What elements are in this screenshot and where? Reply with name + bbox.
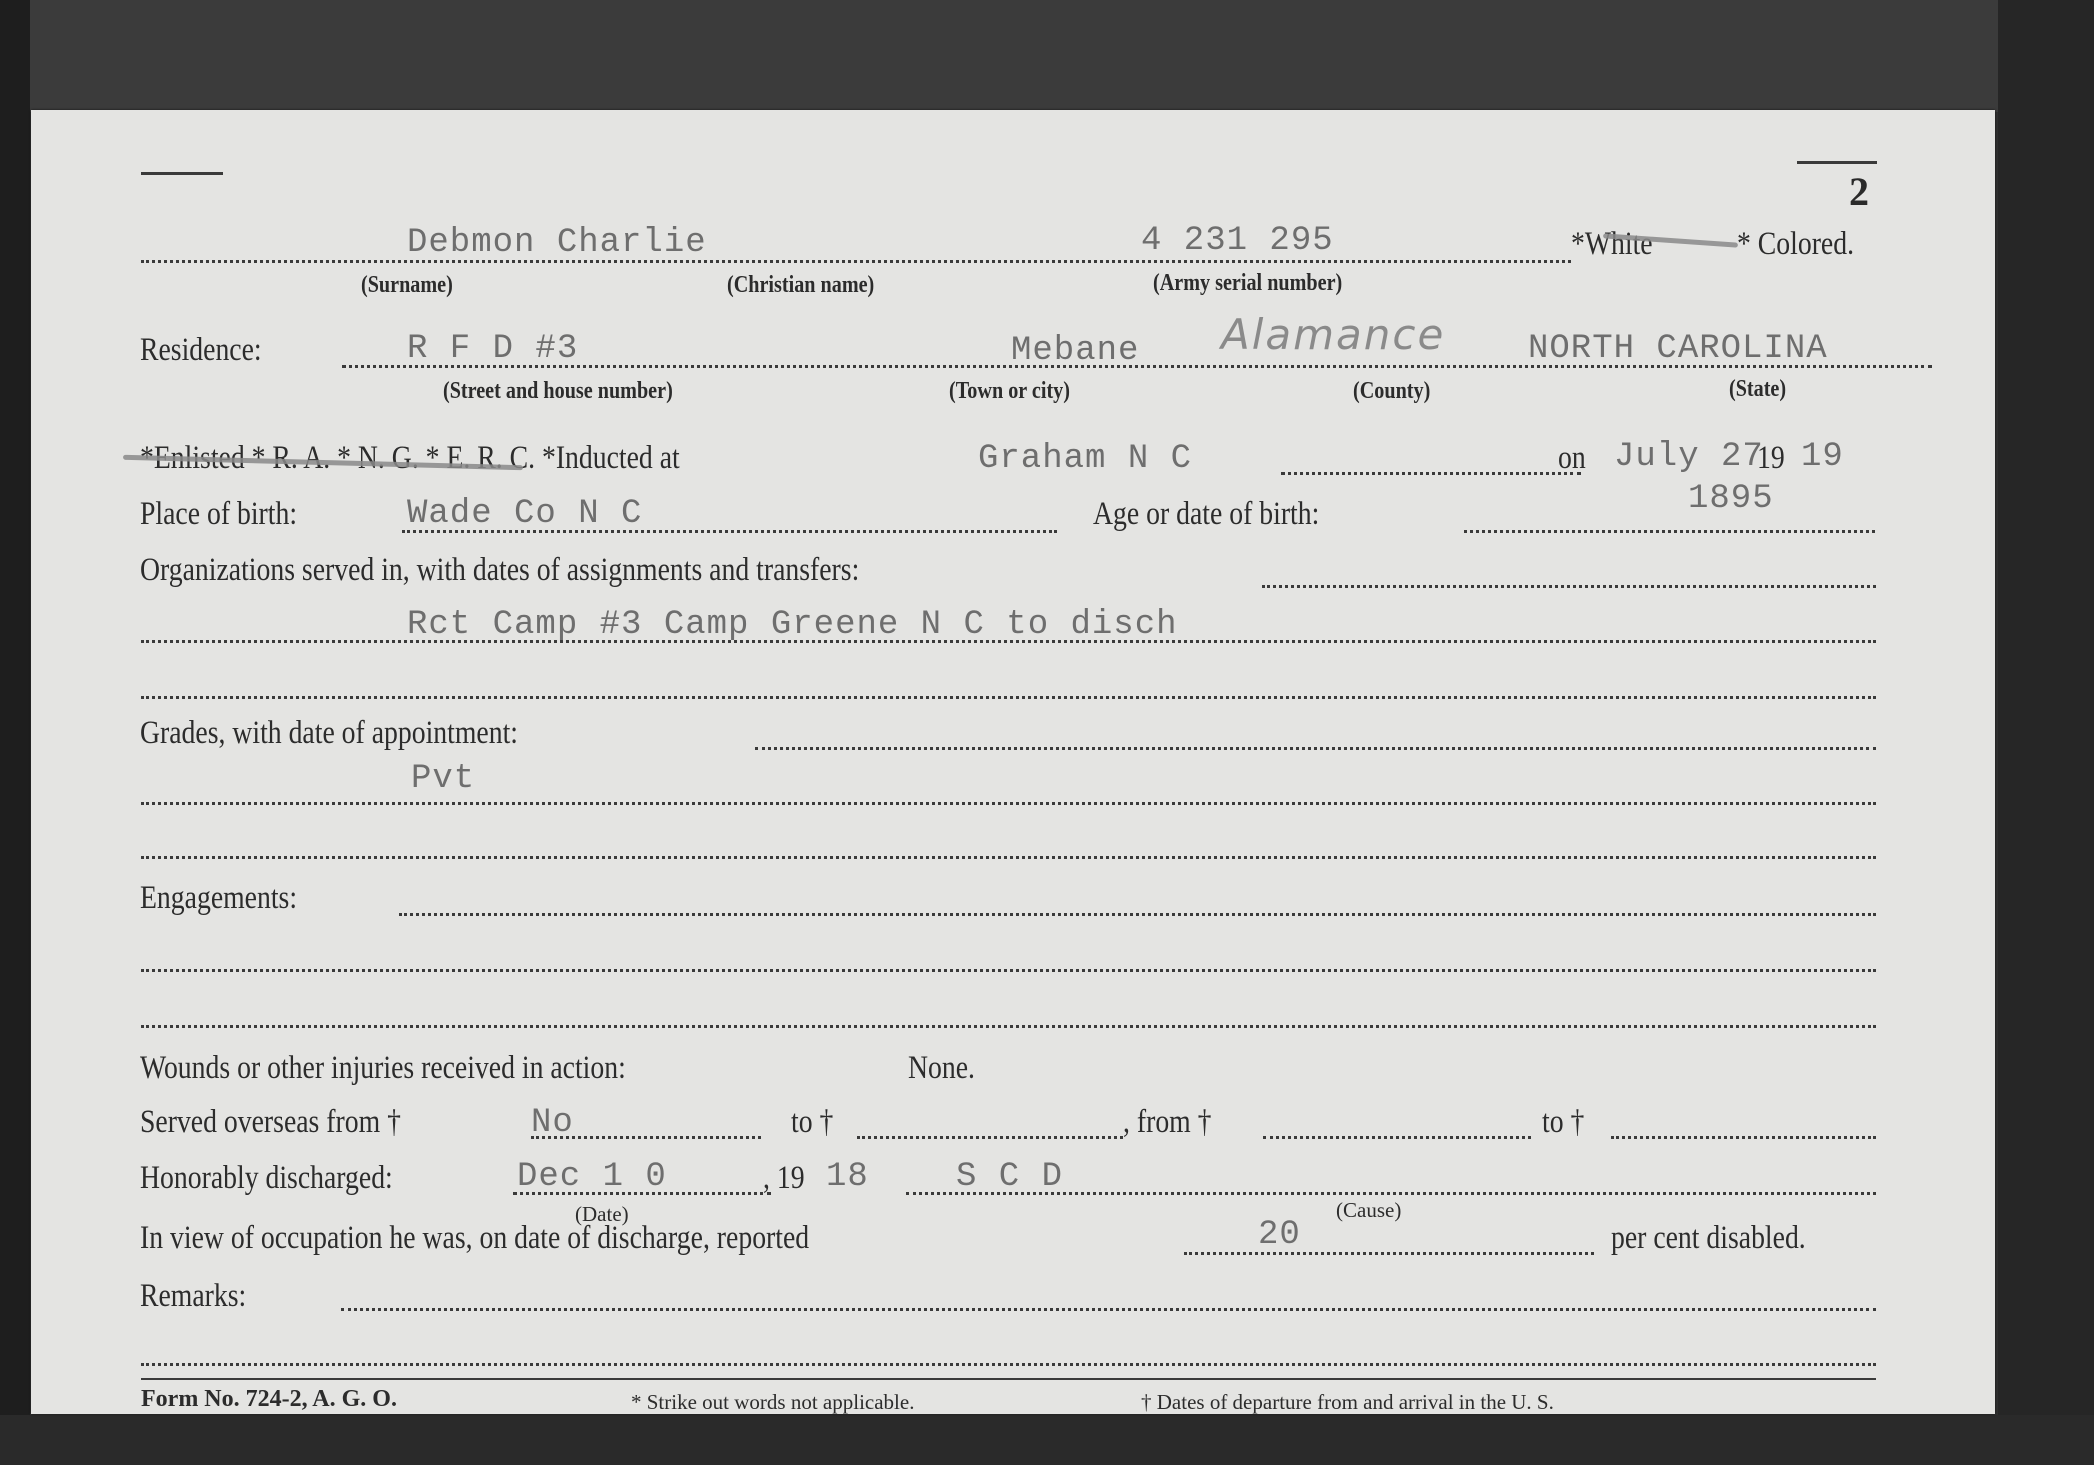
discharge-date-value: Dec 1 0 <box>517 1158 667 1196</box>
remarks-line-2 <box>141 1363 1876 1366</box>
name-value: Debmon Charlie <box>407 224 707 262</box>
inducted-line <box>1281 472 1581 475</box>
overseas-from2-line <box>1263 1136 1531 1139</box>
footnote-dates: † Dates of departure from and arrival in… <box>1141 1390 1554 1415</box>
top-left-mark <box>141 172 223 175</box>
overseas-to2-label: to † <box>1542 1104 1584 1141</box>
wounds-label: Wounds or other injuries received in act… <box>140 1050 626 1087</box>
disability-label: In view of occupation he was, on date of… <box>140 1220 809 1257</box>
form-number: Form No. 724-2, A. G. O. <box>141 1386 397 1413</box>
discharge-cause-caption: (Cause) <box>1336 1198 1401 1223</box>
organizations-label: Organizations served in, with dates of a… <box>140 552 859 589</box>
residence-county-value: Alamance <box>1221 310 1445 359</box>
residence-state-value: NORTH CAROLINA <box>1528 330 1828 368</box>
engagements-line-1 <box>399 913 1876 916</box>
organizations-line-3 <box>141 696 1876 699</box>
grades-label: Grades, with date of appointment: <box>140 715 518 752</box>
residence-label: Residence: <box>140 332 262 369</box>
place-of-birth-label: Place of birth: <box>140 496 297 533</box>
race-white-option: *White <box>1571 226 1653 263</box>
town-caption: (Town or city) <box>949 378 1070 405</box>
overseas-to2-line <box>1611 1136 1876 1139</box>
age-label: Age or date of birth: <box>1093 496 1319 533</box>
discharge-cause-value: S C D <box>956 1158 1063 1196</box>
footnote-strike: * Strike out words not applicable. <box>631 1390 914 1415</box>
year-prefix: 19 <box>1757 440 1785 477</box>
discharge-year-value: 18 <box>826 1158 869 1196</box>
disability-line <box>1184 1252 1594 1255</box>
serial-number-value: 4 231 295 <box>1141 222 1334 260</box>
on-label: on <box>1558 440 1586 477</box>
page-number: 2 <box>1849 168 1869 215</box>
scan-background-right <box>1998 0 2094 1465</box>
inducted-date-value: July 27 <box>1614 438 1764 476</box>
footer-rule <box>141 1378 1876 1380</box>
place-of-birth-value: Wade Co N C <box>407 495 642 533</box>
state-caption: (State) <box>1729 376 1786 403</box>
age-line <box>1464 530 1875 533</box>
inducted-place-value: Graham N C <box>978 440 1192 478</box>
residence-town-value: Mebane <box>1011 332 1139 370</box>
scan-background-left <box>0 0 30 1465</box>
disability-suffix: per cent disabled. <box>1611 1220 1806 1257</box>
wounds-value: None. <box>908 1050 975 1087</box>
scan-background-bottom <box>0 1415 2094 1465</box>
grades-line-1 <box>755 747 1876 750</box>
overseas-from2-label: , from † <box>1123 1104 1212 1141</box>
name-line <box>141 260 1571 263</box>
discharge-label: Honorably discharged: <box>140 1160 393 1197</box>
overseas-from-value: No <box>531 1104 574 1142</box>
remarks-line-1 <box>341 1308 1876 1311</box>
service-record-card: 2 Debmon Charlie 4 231 295 *White * Colo… <box>31 110 1995 1414</box>
residence-street-value: R F D #3 <box>407 330 578 368</box>
grades-line-2 <box>141 802 1876 805</box>
surname-caption: (Surname) <box>361 272 453 299</box>
grades-line-3 <box>141 856 1876 859</box>
engagements-label: Engagements: <box>140 880 297 917</box>
overseas-to-line <box>857 1136 1123 1139</box>
disability-percent-value: 20 <box>1258 1216 1301 1254</box>
serial-caption: (Army serial number) <box>1153 270 1342 297</box>
overseas-from-label: Served overseas from † <box>140 1104 401 1141</box>
remarks-label: Remarks: <box>140 1278 246 1315</box>
engagements-line-3 <box>141 1025 1876 1028</box>
discharge-year-prefix: , 19 <box>763 1160 805 1197</box>
street-caption: (Street and house number) <box>443 378 673 405</box>
scan-background-top <box>0 0 2094 112</box>
grades-value: Pvt <box>411 760 475 798</box>
engagements-line-2 <box>141 969 1876 972</box>
county-caption: (County) <box>1353 378 1430 405</box>
race-colored-option: * Colored. <box>1737 226 1854 263</box>
inducted-year-value: 19 <box>1801 438 1844 476</box>
christian-name-caption: (Christian name) <box>727 272 874 299</box>
organizations-line-1 <box>1262 585 1876 588</box>
overseas-to-label: to † <box>791 1104 833 1141</box>
top-right-mark <box>1797 161 1877 164</box>
age-value: 1895 <box>1688 480 1774 518</box>
organizations-value: Rct Camp #3 Camp Greene N C to disch <box>407 606 1178 644</box>
